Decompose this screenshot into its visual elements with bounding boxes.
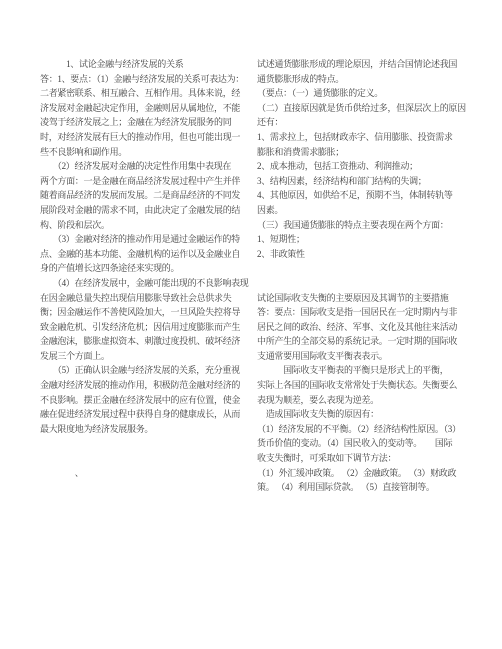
left-text-column: 1、试论金融与经济发展的关系 答：1、要点：（1）金融与经济发展的关系可表达为：… (40, 57, 246, 480)
right-text-column: 试述通货膨胀形成的理论原因，并结合国情论述我国 通货膨胀形成的特点。 （要点：（… (257, 57, 457, 495)
document-page: 1、试论金融与经济发展的关系 答：1、要点：（1）金融与经济发展的关系可表达为：… (0, 0, 502, 649)
